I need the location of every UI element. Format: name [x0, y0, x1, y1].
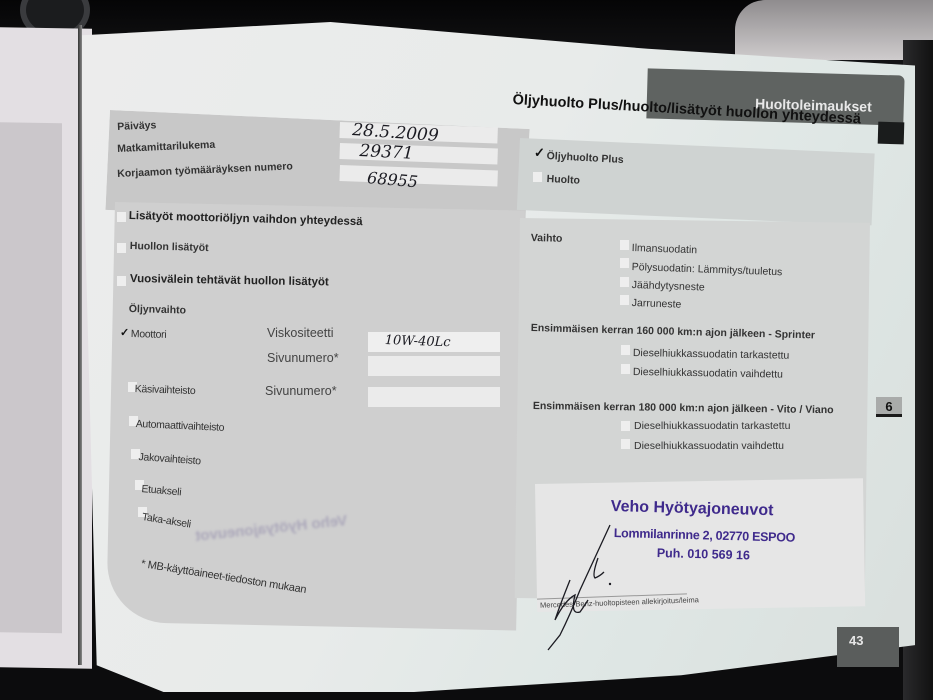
oil-change-heading: Öljynvaihto	[129, 303, 186, 316]
sprinter-checkbox[interactable]	[621, 345, 630, 355]
page-content: Huoltoleimaukset Öljyhuolto Plus/huolto/…	[0, 0, 933, 700]
checkmark-icon: ✓	[534, 145, 545, 161]
vito-checkbox[interactable]	[621, 421, 630, 431]
odometer-value: 29371	[359, 141, 414, 164]
page-number-field-2[interactable]	[368, 387, 500, 407]
service-type-huolto-checkbox[interactable]	[533, 172, 542, 182]
extra-work-service: Huollon lisätyöt	[130, 240, 209, 254]
viscosity-value: 10W-40Lc	[384, 333, 450, 350]
replacement-heading: Vaihto	[531, 232, 563, 245]
dealer-stamp-phone: Puh. 010 569 16	[657, 546, 750, 562]
extra-work-checkbox[interactable]	[117, 243, 126, 253]
vito-item[interactable]: Dieselhiukkassuodatin tarkastettu	[634, 420, 790, 432]
oil-item-engine[interactable]: Moottori	[131, 328, 167, 341]
extra-work-checkbox[interactable]	[117, 212, 126, 222]
page-number: 43	[837, 627, 899, 667]
sprinter-checkbox[interactable]	[621, 364, 630, 374]
replacement-checkbox[interactable]	[620, 295, 629, 305]
replacement-checkbox[interactable]	[620, 240, 629, 250]
vito-checkbox[interactable]	[621, 439, 630, 449]
header-marker	[878, 122, 905, 145]
page-number-label-2: Sivunumero*	[265, 384, 337, 398]
oil-item-manual[interactable]: Käsivaihteisto	[135, 383, 196, 397]
service-type-huolto[interactable]: Huolto	[546, 173, 580, 187]
chapter-tab: 6	[876, 397, 902, 417]
page-number-field-1[interactable]	[368, 356, 500, 376]
extra-work-checkbox[interactable]	[117, 276, 126, 286]
vito-item[interactable]: Dieselhiukkassuodatin vaihdettu	[634, 440, 784, 452]
checkmark-icon: ✓	[120, 326, 129, 339]
page-number-label-1: Sivunumero*	[267, 351, 339, 365]
replacement-item[interactable]: Ilmansuodatin	[632, 242, 698, 256]
replacement-item[interactable]: Jäähdytysneste	[632, 279, 705, 294]
viscosity-label: Viskositeetti	[267, 326, 333, 340]
date-label: Päiväys	[117, 119, 157, 133]
replacement-item[interactable]: Jarruneste	[632, 297, 682, 311]
handwritten-signature	[540, 520, 630, 655]
replacement-checkbox[interactable]	[620, 277, 629, 287]
replacement-checkbox[interactable]	[620, 258, 629, 268]
